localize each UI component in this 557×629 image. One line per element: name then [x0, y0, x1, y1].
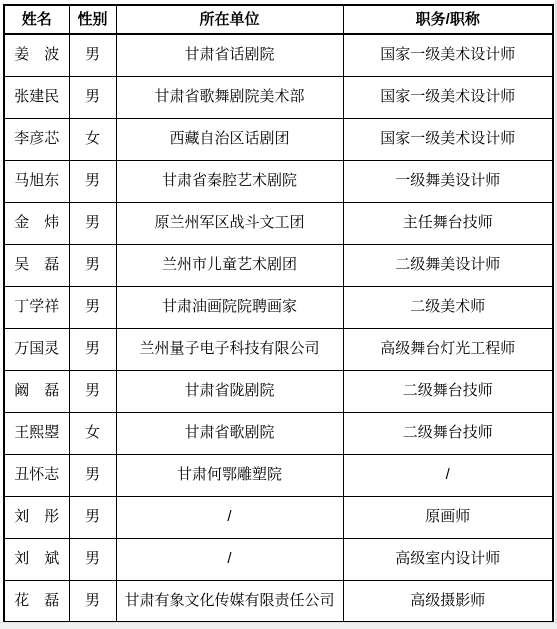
page: 姓名 性别 所在单位 职务/职称 姜 波男甘肃省话剧院国家一级美术设计师张建民男…	[0, 0, 557, 629]
cell-name: 吴 磊	[4, 244, 69, 286]
cell-title: 主任舞台技师	[343, 202, 553, 244]
table-row: 阚 磊男甘肃省陇剧院二级舞台技师	[4, 370, 553, 412]
table-row: 张建民男甘肃省歌舞剧院美术部国家一级美术设计师	[4, 76, 553, 118]
table-row: 刘 斌男/高级室内设计师	[4, 538, 553, 580]
cell-gender: 男	[69, 34, 116, 76]
cell-gender: 男	[69, 328, 116, 370]
cell-gender: 男	[69, 202, 116, 244]
cell-title: 二级舞美设计师	[343, 244, 553, 286]
cell-gender: 男	[69, 580, 116, 622]
cell-unit: 原兰州军区战斗文工团	[116, 202, 343, 244]
cell-unit: 兰州量子电子科技有限公司	[116, 328, 343, 370]
table-row: 刘 彤男/原画师	[4, 496, 553, 538]
cell-unit: /	[116, 538, 343, 580]
header-row: 姓名 性别 所在单位 职务/职称	[4, 5, 553, 34]
cell-title: 国家一级美术设计师	[343, 34, 553, 76]
cell-gender: 女	[69, 118, 116, 160]
header-cell-unit: 所在单位	[116, 5, 343, 34]
cell-title: 国家一级美术设计师	[343, 76, 553, 118]
cell-name: 马旭东	[4, 160, 69, 202]
cell-unit: 甘肃省话剧院	[116, 34, 343, 76]
cell-title: 二级舞台技师	[343, 370, 553, 412]
table-row: 吴 磊男兰州市儿童艺术剧团二级舞美设计师	[4, 244, 553, 286]
roster-table: 姓名 性别 所在单位 职务/职称 姜 波男甘肃省话剧院国家一级美术设计师张建民男…	[3, 4, 554, 623]
cell-title: 二级舞台技师	[343, 412, 553, 454]
cell-unit: 甘肃省歌剧院	[116, 412, 343, 454]
table-row: 花 磊男甘肃有象文化传媒有限责任公司高级摄影师	[4, 580, 553, 622]
cell-gender: 男	[69, 76, 116, 118]
cell-name: 李彦芯	[4, 118, 69, 160]
cell-unit: 西藏自治区话剧团	[116, 118, 343, 160]
table-row: 丑怀志男甘肃何鄂雕塑院/	[4, 454, 553, 496]
cell-unit: 甘肃省陇剧院	[116, 370, 343, 412]
cell-unit: 甘肃何鄂雕塑院	[116, 454, 343, 496]
table-row: 李彦芯女西藏自治区话剧团国家一级美术设计师	[4, 118, 553, 160]
table-row: 丁学祥男甘肃油画院院聘画家二级美术师	[4, 286, 553, 328]
screenshot-bottom-margin	[0, 622, 557, 629]
cell-title: 二级美术师	[343, 286, 553, 328]
header-cell-gender: 性别	[69, 5, 116, 34]
cell-unit: 甘肃有象文化传媒有限责任公司	[116, 580, 343, 622]
cell-gender: 男	[69, 160, 116, 202]
cell-title: 高级摄影师	[343, 580, 553, 622]
cell-name: 金 炜	[4, 202, 69, 244]
cell-name: 万国灵	[4, 328, 69, 370]
cell-unit: /	[116, 496, 343, 538]
cell-name: 丁学祥	[4, 286, 69, 328]
header-cell-title: 职务/职称	[343, 5, 553, 34]
table-row: 万国灵男兰州量子电子科技有限公司高级舞台灯光工程师	[4, 328, 553, 370]
header-cell-name: 姓名	[4, 5, 69, 34]
cell-unit: 甘肃省秦腔艺术剧院	[116, 160, 343, 202]
cell-gender: 男	[69, 538, 116, 580]
table-header: 姓名 性别 所在单位 职务/职称	[4, 5, 553, 34]
cell-gender: 男	[69, 496, 116, 538]
cell-title: 国家一级美术设计师	[343, 118, 553, 160]
table-row: 马旭东男甘肃省秦腔艺术剧院一级舞美设计师	[4, 160, 553, 202]
cell-title: 一级舞美设计师	[343, 160, 553, 202]
cell-name: 阚 磊	[4, 370, 69, 412]
cell-unit: 甘肃省歌舞剧院美术部	[116, 76, 343, 118]
cell-name: 姜 波	[4, 34, 69, 76]
cell-gender: 男	[69, 370, 116, 412]
cell-title: /	[343, 454, 553, 496]
cell-title: 高级室内设计师	[343, 538, 553, 580]
cell-title: 原画师	[343, 496, 553, 538]
table-row: 王熙曌女甘肃省歌剧院二级舞台技师	[4, 412, 553, 454]
cell-gender: 女	[69, 412, 116, 454]
cell-gender: 男	[69, 286, 116, 328]
cell-unit: 兰州市儿童艺术剧团	[116, 244, 343, 286]
table-row: 姜 波男甘肃省话剧院国家一级美术设计师	[4, 34, 553, 76]
table-row: 金 炜男原兰州军区战斗文工团主任舞台技师	[4, 202, 553, 244]
cell-gender: 男	[69, 454, 116, 496]
cell-name: 刘 斌	[4, 538, 69, 580]
cell-name: 花 磊	[4, 580, 69, 622]
cell-unit: 甘肃油画院院聘画家	[116, 286, 343, 328]
cell-name: 刘 彤	[4, 496, 69, 538]
table-body: 姜 波男甘肃省话剧院国家一级美术设计师张建民男甘肃省歌舞剧院美术部国家一级美术设…	[4, 34, 553, 622]
cell-name: 丑怀志	[4, 454, 69, 496]
cell-title: 高级舞台灯光工程师	[343, 328, 553, 370]
cell-name: 张建民	[4, 76, 69, 118]
cell-gender: 男	[69, 244, 116, 286]
cell-name: 王熙曌	[4, 412, 69, 454]
